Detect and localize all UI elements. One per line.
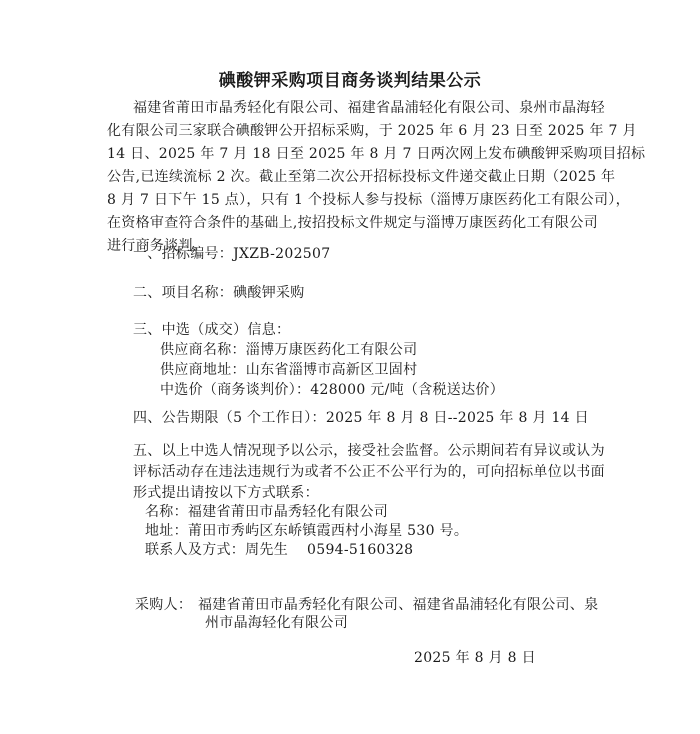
document-title: 碘酸钾采购项目商务谈判结果公示 [0,66,700,91]
contact-person: 联系人及方式：周先生 0594-5160328 [145,540,413,560]
intro-line-3: 14 日、2025 年 7 月 18 日至 2025 年 8 月 7 日两次网上… [107,144,597,164]
supplier-name: 供应商名称：淄博万康医药化工有限公司 [160,340,417,360]
section-project-name: 二、项目名称：碘酸钾采购 [133,283,305,303]
intro-line-2: 化有限公司三家联合碘酸钾公开招标采购，于 2025 年 6 月 23 日至 20… [107,121,597,141]
intro-line-5: 8 月 7 日下午 15 点），只有 1 个投标人参与投标（淄博万康医药化工有限… [107,190,597,210]
supplier-address: 供应商地址：山东省淄博市高新区卫固村 [160,360,417,380]
announcement-page: 碘酸钾采购项目商务谈判结果公示 福建省莆田市晶秀轻化有限公司、福建省晶浦轻化有限… [0,0,700,734]
contact-name: 名称：福建省莆田市晶秀轻化有限公司 [145,502,388,522]
intro-line-1: 福建省莆田市晶秀轻化有限公司、福建省晶浦轻化有限公司、泉州市晶海轻 [133,98,597,118]
intro-line-6: 在资格审查符合条件的基础上,按招投标文件规定与淄博万康医药化工有限公司 [107,213,597,233]
intro-line-4: 公告,已连续流标 2 次。截止至第二次公开招标投标文件递交截止日期（2025 年 [107,167,597,187]
section5-line-2: 评标活动存在违法违规行为或者不公正不公平行为的，可向招标单位以书面 [133,462,597,482]
announcement-date: 2025 年 8 月 8 日 [414,648,536,668]
section5-line-3: 形式提出请按以下方式联系： [133,483,319,503]
purchaser-label: 采购人： [135,595,192,615]
contact-address: 地址：莆田市秀屿区东峤镇霞西村小海星 530 号。 [145,521,468,541]
section-award-heading: 三、中选（成交）信息： [133,320,290,340]
section-notice-period: 四、公告期限（5 个工作日）：2025 年 8 月 8 日--2025 年 8 … [133,408,589,428]
award-price: 中选价（商务谈判价）：428000 元/吨（含税送达价） [160,380,504,400]
section-bid-number: 一、招标编号：JXZB-202507 [133,244,330,264]
purchaser-line-1: 福建省莆田市晶秀轻化有限公司、福建省晶浦轻化有限公司、泉 [198,595,598,615]
section5-line-1: 五、以上中选人情况现予以公示，接受社会监督。公示期间若有异议或认为 [133,441,597,461]
purchaser-line-2: 州市晶海轻化有限公司 [205,613,348,633]
